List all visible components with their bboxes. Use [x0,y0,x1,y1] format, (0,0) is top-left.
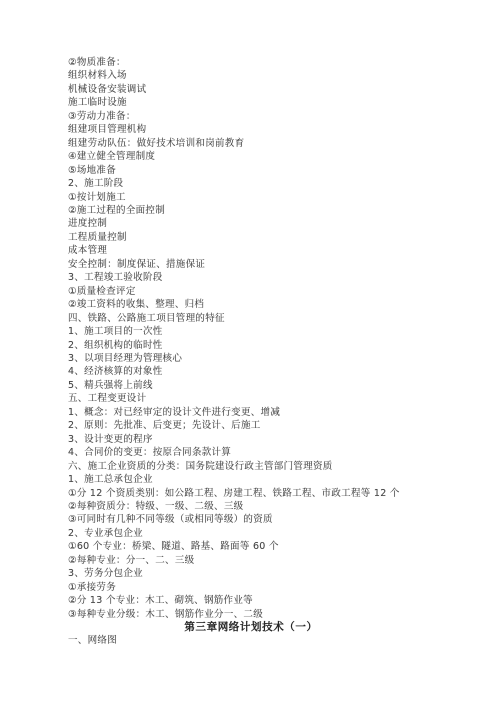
document-body: ②物质准备：组织材料入场机械设备安装调试施工临时设施③劳动力准备：组建项目管理机… [68,56,434,648]
text-line: ②分 13 个专业：木工、砌筑、钢筋作业等 [68,594,434,607]
text-line: ②施工过程的全面控制 [68,204,434,217]
text-line: ③劳动力准备： [68,110,434,123]
text-line: ⑤场地准备 [68,164,434,177]
text-line: ②物质准备： [68,56,434,69]
text-line: ①60 个专业：桥梁、隧道、路基、路面等 60 个 [68,540,434,553]
text-line: 4、经济核算的对象性 [68,365,434,378]
text-line: ①质量检查评定 [68,285,434,298]
text-line: ③每种专业分级：木工、钢筋作业分一、二级 [68,608,434,621]
text-line: 4、合同价的变更：按原合同条款计算 [68,446,434,459]
text-line: ④建立健全管理制度 [68,150,434,163]
text-line: 一、网络图 [68,634,434,647]
text-line: ②竣工资料的收集、整理、归档 [68,298,434,311]
text-line: ①承接劳务 [68,581,434,594]
text-line: 1、施工总承包企业 [68,473,434,486]
text-line: 1、概念：对已经审定的设计文件进行变更、增减 [68,406,434,419]
text-line: 六、施工企业资质的分类：国务院建设行政主管部门管理资质 [68,460,434,473]
text-line: 2、施工阶段 [68,177,434,190]
text-line: 2、组织机构的临时性 [68,339,434,352]
text-line: 1、施工项目的一次性 [68,325,434,338]
text-line: 工程质量控制 [68,231,434,244]
text-line: 进度控制 [68,217,434,230]
text-line: ③可同时有几种不同等级（或相同等级）的资质 [68,513,434,526]
chapter-heading: 第三章网络计划技术（一） [68,621,434,634]
text-line: ②每种专业：分一、二、三级 [68,554,434,567]
text-line: 3、以项目经理为管理核心 [68,352,434,365]
document-page: ②物质准备：组织材料入场机械设备安装调试施工临时设施③劳动力准备：组建项目管理机… [0,0,496,701]
text-line: 成本管理 [68,244,434,257]
text-line: ①按计划施工 [68,191,434,204]
text-line: 3、劳务分包企业 [68,567,434,580]
text-line: ②每种资质分：特级、一级、二级、三级 [68,500,434,513]
text-line: 2、原则：先批准、后变更；先设计、后施工 [68,419,434,432]
text-line: 安全控制：制度保证、措施保证 [68,258,434,271]
text-line: 3、工程竣工验收阶段 [68,271,434,284]
text-line: 组织材料入场 [68,69,434,82]
text-line: 组建项目管理机构 [68,123,434,136]
text-line: 五、工程变更设计 [68,392,434,405]
text-line: 施工临时设施 [68,96,434,109]
text-line: 2、专业承包企业 [68,527,434,540]
text-line: ①分 12 个资质类别：如公路工程、房建工程、铁路工程、市政工程等 12 个 [68,487,434,500]
text-line: 组建劳动队伍：做好技术培训和岗前教育 [68,137,434,150]
text-line: 四、铁路、公路施工项目管理的特征 [68,312,434,325]
text-line: 5、精兵强将上前线 [68,379,434,392]
text-line: 机械设备安装调试 [68,83,434,96]
text-line: 3、设计变更的程序 [68,433,434,446]
